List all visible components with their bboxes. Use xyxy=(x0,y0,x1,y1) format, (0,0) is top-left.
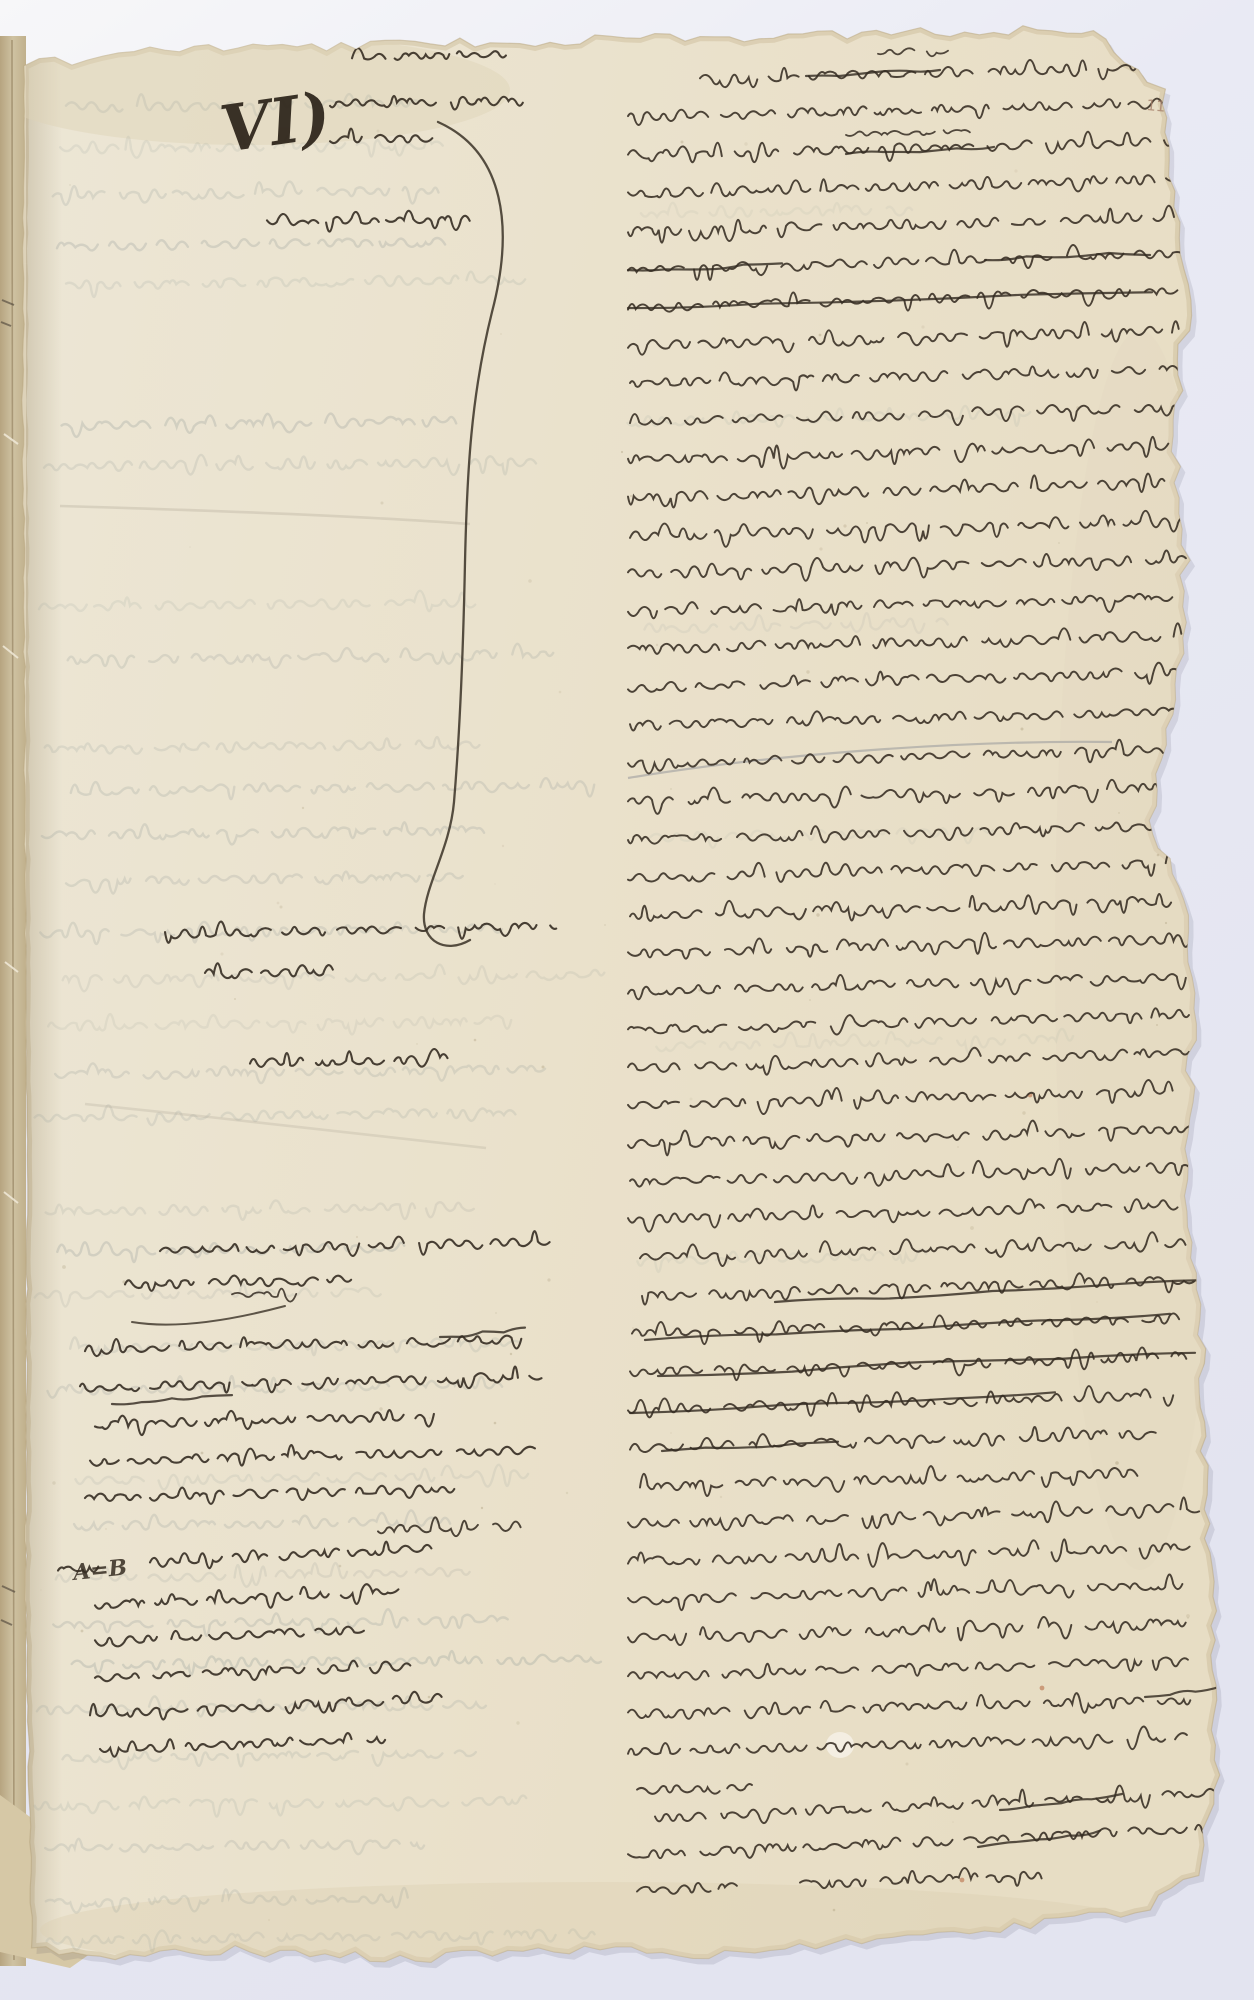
speckle xyxy=(481,1507,483,1509)
speckle xyxy=(268,1919,270,1921)
rust-fleck xyxy=(960,1878,965,1883)
speckle xyxy=(105,1528,106,1529)
manuscript-scan-image: VI) A=B 11 xyxy=(0,0,1254,2000)
speckle xyxy=(720,1496,722,1498)
speckle xyxy=(1165,922,1167,924)
speckle xyxy=(474,1039,477,1042)
speckle xyxy=(1014,169,1017,172)
speckle xyxy=(429,1417,431,1419)
speckle xyxy=(952,1821,954,1823)
speckle xyxy=(234,998,236,1000)
speckle xyxy=(690,1098,693,1101)
speckle xyxy=(81,1630,84,1633)
speckle xyxy=(630,495,632,497)
speckle xyxy=(906,1763,909,1766)
speckle xyxy=(1186,1614,1190,1618)
speckle xyxy=(921,325,924,328)
speckle xyxy=(1156,1024,1158,1026)
speckle xyxy=(734,1369,737,1372)
speckle xyxy=(809,999,811,1001)
speckle xyxy=(866,522,868,524)
speckle xyxy=(547,1278,550,1281)
speckle xyxy=(40,1589,41,1590)
speckle xyxy=(1084,1245,1086,1247)
speckle xyxy=(1096,1301,1098,1303)
speckle xyxy=(219,1677,221,1679)
speckle xyxy=(69,184,70,185)
speckle xyxy=(744,142,747,145)
gutter-fold-shading xyxy=(26,36,62,1966)
speckle xyxy=(277,902,280,905)
speckle xyxy=(201,1452,204,1455)
speckle xyxy=(559,691,562,694)
speckle xyxy=(843,524,846,527)
speckle xyxy=(494,883,495,884)
speckle xyxy=(632,1327,634,1329)
speckle xyxy=(1022,1111,1025,1114)
speckle xyxy=(833,1909,836,1912)
adjacent-folio-strip xyxy=(0,36,26,1966)
speckle xyxy=(189,546,191,548)
speckle xyxy=(670,1432,672,1434)
speckle xyxy=(280,906,283,909)
speckle xyxy=(1118,812,1119,813)
rust-fleck xyxy=(1040,1686,1045,1691)
speckle xyxy=(500,333,502,335)
speckle xyxy=(1115,1461,1119,1465)
manuscript-scan-page: VI) A=B 11 xyxy=(0,0,1254,2000)
speckle xyxy=(566,1492,568,1494)
speckle xyxy=(528,579,532,583)
speckle xyxy=(866,1551,868,1553)
speckle xyxy=(221,953,224,956)
speckle xyxy=(957,1146,959,1148)
speckle xyxy=(806,670,809,673)
speckle xyxy=(621,451,623,453)
speckle xyxy=(516,1721,519,1724)
section-number-mark: VI) xyxy=(216,78,335,168)
speckle xyxy=(302,807,304,809)
speckle xyxy=(670,788,671,789)
speckle xyxy=(377,130,380,133)
speckle xyxy=(428,1696,431,1699)
speckle xyxy=(656,644,658,646)
speckle xyxy=(52,1481,55,1484)
speckle xyxy=(819,334,822,337)
speckle xyxy=(495,1312,497,1314)
paper-sheet xyxy=(22,26,1220,1962)
speckle xyxy=(62,1265,66,1269)
speckle xyxy=(510,1353,512,1355)
speckle xyxy=(379,1407,382,1410)
speckle xyxy=(604,924,606,926)
speckle xyxy=(416,1043,417,1044)
speckle xyxy=(381,502,384,505)
speckle xyxy=(1021,728,1024,731)
speckle xyxy=(356,1236,358,1238)
speckle xyxy=(502,845,504,847)
speckle xyxy=(681,141,684,144)
speckle xyxy=(819,547,822,550)
speckle xyxy=(970,1226,974,1230)
speckle xyxy=(1157,854,1160,857)
speckle xyxy=(816,913,819,916)
speckle xyxy=(494,1422,497,1425)
speckle xyxy=(1058,542,1060,544)
